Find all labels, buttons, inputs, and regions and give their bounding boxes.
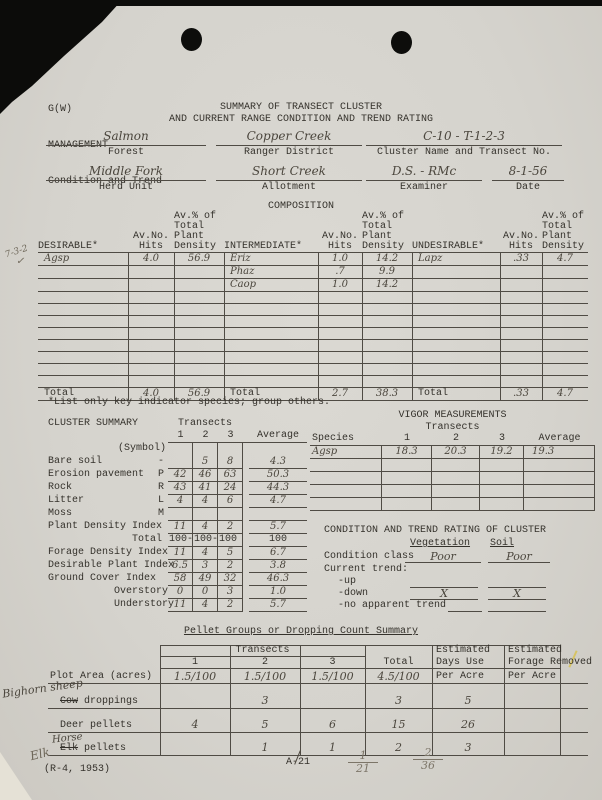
col-header-2: 2 (432, 433, 480, 446)
avg: 46.3 (249, 573, 307, 586)
scanned-form-page: G(W) MANAGEMENT Condition and Trend SUMM… (0, 0, 602, 800)
est-forage-line: Per Acre (508, 671, 556, 683)
field-cluster-name-label: Cluster Name and Transect No. (366, 146, 562, 159)
plot-area-t2: 1.5/100 (230, 670, 300, 683)
total-value: .33 (500, 388, 542, 400)
cell (480, 498, 524, 511)
punch-hole-right (391, 31, 412, 54)
cluster-row-moss: MossM (48, 508, 316, 521)
vigor-row: Agsp 18.3 20.3 19.2 19.3 (310, 446, 595, 459)
value-cell: 9.9 (362, 266, 412, 278)
cell (432, 498, 480, 511)
struck-word-elk: Elk (60, 743, 78, 754)
cell (382, 459, 432, 472)
t3: 100 (218, 534, 243, 547)
field-allotment-value: Short Creek (216, 163, 362, 181)
table-line (48, 732, 588, 733)
value-cell: 4.7 (542, 253, 588, 265)
t3: 5 (218, 547, 243, 560)
species-cell (38, 266, 128, 278)
t1: 42 (168, 469, 193, 482)
value-cell (174, 266, 224, 278)
condition-trend-rating: CONDITION AND TREND RATING OF CLUSTER Ve… (310, 525, 600, 612)
table-line (48, 708, 588, 709)
cell (432, 472, 480, 485)
col-header-1: 1 (168, 430, 193, 443)
column-header-desirable: DESIRABLE* (38, 242, 128, 252)
spacer (48, 430, 168, 443)
t3: 6 (218, 495, 243, 508)
t2: 3 (193, 560, 218, 573)
cell (310, 498, 382, 511)
cluster-symbol-row: (Symbol) (48, 443, 316, 456)
cluster-row-erosion-pavement: Erosion pavementP 42 46 63 50.3 (48, 469, 316, 482)
t2: 100- (193, 534, 218, 547)
t2: 4 (193, 521, 218, 534)
t3: 32 (218, 573, 243, 586)
elk-pellets-label: Elkpellets (60, 743, 126, 755)
cluster-summary: CLUSTER SUMMARY Transects 1 2 3 Average … (48, 418, 316, 612)
row-label: Overstory (114, 586, 168, 597)
header-cell: Density (174, 242, 224, 252)
species-cell: Agsp (38, 253, 128, 265)
droppings-t2: 3 (230, 694, 300, 707)
t3: 24 (218, 482, 243, 495)
table-line (504, 645, 505, 755)
cluster-row-ground-cover-index: Ground Cover Index 58 49 32 46.3 (48, 573, 316, 586)
form-title-line2: AND CURRENT RANGE CONDITION AND TREND RA… (0, 114, 602, 126)
t2: 5 (193, 456, 218, 469)
est-forage-line: Estimated (508, 645, 562, 657)
cell (218, 443, 243, 456)
species-cell: Phaz (224, 266, 318, 278)
column-header-undesirable: UNDESIRABLE* (412, 242, 500, 252)
plot-area-t1: 1.5/100 (160, 670, 230, 683)
header-cell: Density (542, 242, 588, 252)
margin-check-mark: ✓ (16, 256, 24, 268)
avg: 4.7 (249, 495, 307, 508)
field-ranger-district-value: Copper Creek (216, 128, 362, 146)
avg: 5.7 (249, 521, 307, 534)
cell (524, 485, 595, 498)
avg: 5.7 (249, 599, 307, 612)
t3: 2 (218, 599, 243, 612)
value-cell (128, 279, 174, 291)
droppings-days-use: 5 (432, 694, 504, 707)
vegetation-column-header: Vegetation (410, 538, 470, 550)
field-allotment-label: Allotment (216, 181, 362, 194)
soil-column-header: Soil (490, 538, 514, 550)
field-herd-unit-value: Middle Fork (46, 163, 206, 181)
footer-handwritten-note: Elk (29, 746, 51, 762)
condition-class-vegetation-value: Poor (405, 551, 481, 563)
pellet-section-title: Pellet Groups or Dropping Count Summary (0, 626, 602, 638)
row-label: Erosion pavement (48, 469, 144, 480)
field-ranger-district-label: Ranger District (216, 146, 362, 159)
field-cluster-name-value: C-10 - T-1-2-3 (366, 128, 562, 146)
avg: 4.3 (249, 456, 307, 469)
field-forest: Salmon Forest (46, 128, 206, 159)
composition-row: Agsp 4.0 56.9 Eriz 1.0 14.2 Lapz .33 4.7 (38, 253, 588, 266)
row-label: Rock (48, 482, 72, 493)
deer-t3: 6 (300, 718, 365, 731)
deer-days-use: 26 (432, 718, 504, 731)
row-label: Desirable Plant Index (48, 560, 174, 571)
species-cell: Caop (224, 279, 318, 291)
row-label: pellets (84, 743, 126, 754)
condition-class-soil-value: Poor (488, 551, 550, 563)
handwritten-fraction-1: 1 21 (348, 750, 378, 775)
pellet-col-1: 1 (160, 657, 230, 669)
field-examiner-value: D.S. - RMc (366, 163, 482, 181)
row-label: Forage Density Index (48, 547, 168, 558)
composition-footnote: *List only key indicator species; group … (48, 397, 330, 409)
cell (524, 459, 595, 472)
row-symbol: - (158, 456, 164, 468)
field-date-value: 8-1-56 (492, 163, 564, 181)
t2: 4 (193, 599, 218, 612)
species-cell (38, 279, 128, 291)
avg (249, 508, 307, 521)
cluster-summary-title: CLUSTER SUMMARY (48, 418, 138, 430)
t1: 4 (168, 495, 193, 508)
cell (193, 443, 218, 456)
cluster-row-rock: RockR 43 41 24 44.3 (48, 482, 316, 495)
deer-t2: 5 (230, 718, 300, 731)
total-value: 38.3 (362, 388, 412, 400)
field-herd-unit-label: Herd Unit (46, 181, 206, 194)
cell (382, 485, 432, 498)
composition-header-line: DESIRABLE* Hits Density INTERMEDIATE* Hi… (38, 242, 588, 253)
value-cell (174, 279, 224, 291)
vigor-blank-row (310, 498, 595, 511)
value-cell: 4.0 (128, 253, 174, 265)
cell (432, 485, 480, 498)
cluster-row-litter: LitterL 4 4 6 4.7 (48, 495, 316, 508)
composition-row: Caop 1.0 14.2 (38, 279, 588, 292)
composition-row: Phaz .7 9.9 (38, 266, 588, 279)
row-label: Moss (48, 508, 72, 519)
handwritten-fraction-2: 2 36 (413, 747, 443, 772)
punch-hole-left (181, 28, 202, 51)
t1: 11 (168, 521, 193, 534)
fraction-denominator: 21 (348, 763, 378, 775)
t2: 41 (193, 482, 218, 495)
cell (310, 459, 382, 472)
row-label: Understory (114, 599, 174, 610)
row-label: Litter (48, 495, 84, 506)
value-cell (500, 279, 542, 291)
page-fold-bottom-left (0, 752, 32, 800)
est-forage-line: Forage Removed (508, 657, 592, 669)
t2: 20.3 (432, 446, 480, 459)
cell (432, 459, 480, 472)
plot-area-total: 4.5/100 (365, 670, 432, 683)
species-cell (412, 266, 500, 278)
field-examiner-label: Examiner (366, 181, 482, 194)
composition-header-line: Av.% of Av.% of Av.% of (38, 212, 588, 222)
field-examiner: D.S. - RMc Examiner (366, 163, 482, 194)
cell (480, 459, 524, 472)
vigor-blank-row (310, 459, 595, 472)
avg: 50.3 (249, 469, 307, 482)
deer-pellets-label: Deer pellets (60, 720, 132, 732)
t1 (168, 508, 193, 521)
cell (524, 472, 595, 485)
field-date-label: Date (492, 181, 564, 194)
row-label: Deer pellets (60, 720, 132, 731)
deer-t1: 4 (160, 718, 230, 731)
trend-none-label: -no apparent trend (338, 600, 446, 612)
value-cell (500, 266, 542, 278)
plot-area-t3: 1.5/100 (300, 670, 365, 683)
vigor-column-headers: Species 1 2 3 Average (310, 433, 595, 446)
t2: 0 (193, 586, 218, 599)
table-line (48, 683, 588, 684)
header-cell: Hits (318, 242, 362, 252)
field-herd-unit: Middle Fork Herd Unit (46, 163, 206, 194)
t2 (193, 508, 218, 521)
row-label: Plant Density Index (48, 521, 162, 532)
value-cell (542, 279, 588, 291)
value-cell: 14.2 (362, 253, 412, 265)
row-symbol: L (158, 495, 164, 507)
row-symbol: R (158, 482, 164, 494)
col-header-species: Species (310, 433, 382, 446)
composition-blank-rows (38, 292, 588, 388)
header-cell: Density (362, 242, 412, 252)
t3: 8 (218, 456, 243, 469)
t1: 0 (168, 586, 193, 599)
t1 (168, 456, 193, 469)
row-label: Total (48, 534, 168, 547)
row-label: droppings (84, 696, 138, 707)
composition-table: Av.% of Av.% of Av.% of Total Total Tota… (38, 212, 588, 401)
field-date: 8-1-56 Date (492, 163, 564, 194)
column-header-intermediate: INTERMEDIATE* (224, 242, 318, 252)
trend-down-vegetation: X (410, 588, 478, 600)
col-header-1: 1 (382, 433, 432, 446)
avg: 100 (249, 534, 307, 547)
cluster-row-total: Total 100- 100- 100 100 (48, 534, 316, 547)
t2: 49 (193, 573, 218, 586)
t2: 4 (193, 547, 218, 560)
cluster-row-forage-density-index: Forage Density Index 11 4 5 6.7 (48, 547, 316, 560)
field-forest-value: Salmon (46, 128, 206, 146)
field-forest-label: Forest (46, 146, 206, 159)
value-cell: .7 (318, 266, 362, 278)
est-days-line: Estimated (436, 645, 490, 657)
col-header-average: Average (524, 433, 595, 446)
cell (249, 443, 307, 456)
cell (310, 485, 382, 498)
vigor-measurements: VIGOR MEASUREMENTS Transects Species 1 2… (310, 410, 595, 511)
col-header-average: Average (249, 430, 307, 443)
cluster-transects-label: Transects (178, 418, 232, 430)
trend-down-soil: X (488, 588, 546, 600)
cell (524, 498, 595, 511)
fraction-denominator: 36 (413, 760, 443, 772)
symbol-label: (Symbol) (48, 443, 168, 456)
cluster-row-bare-soil: Bare soil- 5 8 4.3 (48, 456, 316, 469)
cell (168, 443, 193, 456)
cluster-summary-header: CLUSTER SUMMARY Transects (48, 418, 316, 430)
est-days-line: Per Acre (436, 671, 484, 683)
t3: 2 (218, 521, 243, 534)
species-cell: Agsp (310, 446, 382, 459)
form-title-line1: SUMMARY OF TRANSECT CLUSTER (0, 102, 602, 114)
field-ranger-district: Copper Creek Ranger District (216, 128, 362, 159)
t3: 19.2 (480, 446, 524, 459)
avg: 3.8 (249, 560, 307, 573)
cell (310, 472, 382, 485)
cell (480, 472, 524, 485)
value-cell: 56.9 (174, 253, 224, 265)
cluster-row-overstory: Overstory 0 0 3 1.0 (48, 586, 316, 599)
total-value: 4.7 (542, 388, 588, 400)
avg: 44.3 (249, 482, 307, 495)
value-cell (542, 266, 588, 278)
total-label: Total (412, 388, 500, 400)
current-trend-label: Current trend: (324, 564, 408, 576)
vigor-blank-row (310, 485, 595, 498)
col-header-2: 2 (193, 430, 218, 443)
t3: 2 (218, 560, 243, 573)
cluster-row-understory: Understory 11 4 2 5.7 (48, 599, 316, 612)
footer-citation: (R-4, 1953) (44, 764, 110, 776)
condition-title: CONDITION AND TREND RATING OF CLUSTER (324, 525, 546, 537)
pellet-transects-label: Transects (160, 645, 365, 657)
trend-none-soil (488, 600, 546, 612)
row-symbol: P (158, 469, 164, 481)
species-cell: Lapz (412, 253, 500, 265)
avg: 6.7 (249, 547, 307, 560)
avg: 19.3 (524, 446, 595, 459)
value-cell: 14.2 (362, 279, 412, 291)
field-allotment: Short Creek Allotment (216, 163, 362, 194)
cluster-row-plant-density-index: Plant Density Index 11 4 2 5.7 (48, 521, 316, 534)
vigor-title: VIGOR MEASUREMENTS (310, 410, 595, 422)
t1: 100- (168, 534, 193, 547)
struck-word-cow: Cow (60, 696, 78, 707)
pellet-col-3: 3 (300, 657, 365, 669)
t3: 3 (218, 586, 243, 599)
t1: 18.3 (382, 446, 432, 459)
value-cell: 1.0 (318, 253, 362, 265)
t1: 58 (168, 573, 193, 586)
cell (382, 498, 432, 511)
avg: 1.0 (249, 586, 307, 599)
t1: 11 (168, 547, 193, 560)
vigor-transects-label: Transects (310, 422, 595, 433)
row-label: Ground Cover Index (48, 573, 156, 584)
col-header-3: 3 (218, 430, 243, 443)
droppings-total: 3 (365, 694, 432, 707)
species-cell: Eriz (224, 253, 318, 265)
value-cell: .33 (500, 253, 542, 265)
trend-up-label: -up (338, 576, 356, 588)
cluster-row-desirable-plant-index: Desirable Plant Index 6.5 3 2 3.8 (48, 560, 316, 573)
cluster-column-headers: 1 2 3 Average (48, 430, 316, 443)
condition-class-label: Condition class (324, 551, 414, 563)
pellet-table: Transects 1 2 3 Total Estimated Days Use… (48, 645, 593, 757)
header-cell: Hits (128, 242, 174, 252)
vigor-blank-row (310, 472, 595, 485)
deer-total: 15 (365, 718, 432, 731)
header-cell: Hits (500, 242, 542, 252)
pellet-col-2: 2 (230, 657, 300, 669)
row-label: Bare soil (48, 456, 102, 467)
value-cell: 1.0 (318, 279, 362, 291)
species-cell (412, 279, 500, 291)
t3 (218, 508, 243, 521)
pellet-total-header: Total (365, 657, 432, 669)
cell (480, 485, 524, 498)
page-number: A-21 (286, 757, 310, 769)
t1: 43 (168, 482, 193, 495)
elk-t2: 1 (230, 741, 300, 754)
droppings-row-label: Cowdroppings (60, 696, 138, 708)
table-line (48, 755, 588, 756)
col-header-3: 3 (480, 433, 524, 446)
t2: 4 (193, 495, 218, 508)
field-cluster-name: C-10 - T-1-2-3 Cluster Name and Transect… (366, 128, 562, 159)
row-symbol: M (158, 508, 164, 520)
est-days-line: Days Use (436, 657, 484, 669)
trend-down-label: -down (338, 588, 368, 600)
value-cell (128, 266, 174, 278)
trend-none-vegetation (448, 600, 482, 612)
t2: 46 (193, 469, 218, 482)
cell (382, 472, 432, 485)
composition-header-line: Av.No. Plant Av.No. Plant Av.No. Plant (38, 232, 588, 242)
t3: 63 (218, 469, 243, 482)
